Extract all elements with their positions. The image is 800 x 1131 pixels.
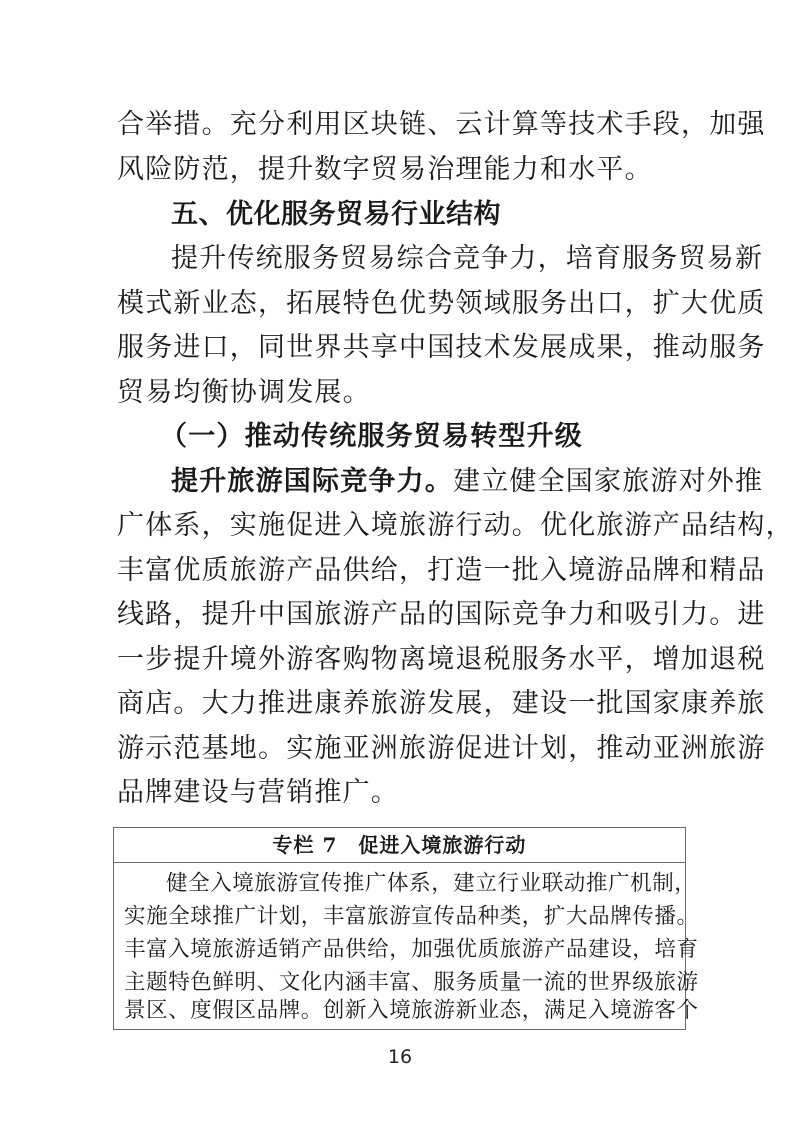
section-intro-line: 提升传统服务贸易综合竞争力，培育服务贸易新 xyxy=(171,241,687,277)
body-text-line: 风险防范，提升数字贸易治理能力和水平。 xyxy=(117,152,687,188)
tourism-lead-bold: 提升旅游国际竞争力。 xyxy=(171,466,453,497)
document-page: 合举措。充分利用区块链、云计算等技术手段，加强 风险防范，提升数字贸易治理能力和… xyxy=(0,0,800,1131)
tourism-paragraph-line: 一步提升境外游客购物离境退税服务水平，增加退税 xyxy=(117,642,687,678)
section-intro-line: 服务进口，同世界共享中国技术发展成果，推动服务 xyxy=(117,330,687,366)
tourism-first-line-rest: 建立健全国家旅游对外推 xyxy=(453,466,763,497)
column-box: 专栏 7 促进入境旅游行动 健全入境旅游宣传推广体系，建立行业联动推广机制， 实… xyxy=(113,827,686,1030)
tourism-paragraph-line: 品牌建设与营销推广。 xyxy=(117,775,687,811)
column-box-line: 实施全球推广计划，丰富旅游宣传品种类，扩大品牌传播。 xyxy=(124,900,675,933)
subsection-heading: （一）推动传统服务贸易转型升级 xyxy=(160,419,687,455)
column-box-line: 健全入境旅游宣传推广体系，建立行业联动推广机制， xyxy=(166,867,675,900)
tourism-paragraph-line: 游示范基地。实施亚洲旅游促进计划，推动亚洲旅游 xyxy=(117,731,687,767)
tourism-paragraph-line: 广体系，实施促进入境旅游行动。优化旅游产品结构， xyxy=(117,508,687,544)
tourism-paragraph-line: 丰富优质旅游产品供给，打造一批入境游品牌和精品 xyxy=(117,553,687,589)
section-intro-line: 模式新业态，拓展特色优势领域服务出口，扩大优质 xyxy=(117,286,687,322)
tourism-paragraph-first-line: 提升旅游国际竞争力。建立健全国家旅游对外推 xyxy=(171,464,687,500)
page-number: 16 xyxy=(0,1045,800,1069)
tourism-paragraph-line: 线路，提升中国旅游产品的国际竞争力和吸引力。进 xyxy=(117,597,687,633)
section-intro-line: 贸易均衡协调发展。 xyxy=(117,375,687,411)
tourism-paragraph-line: 商店。大力推进康养旅游发展，建设一批国家康养旅 xyxy=(117,686,687,722)
column-box-line: 景区、度假区品牌。创新入境旅游新业态，满足入境游客个 xyxy=(124,994,675,1027)
column-box-line: 丰富入境旅游适销产品供给，加强优质旅游产品建设，培育 xyxy=(124,933,675,966)
section-heading: 五、优化服务贸易行业结构 xyxy=(171,197,687,233)
column-box-title: 专栏 7 促进入境旅游行动 xyxy=(114,828,685,863)
body-text-line: 合举措。充分利用区块链、云计算等技术手段，加强 xyxy=(117,107,687,143)
